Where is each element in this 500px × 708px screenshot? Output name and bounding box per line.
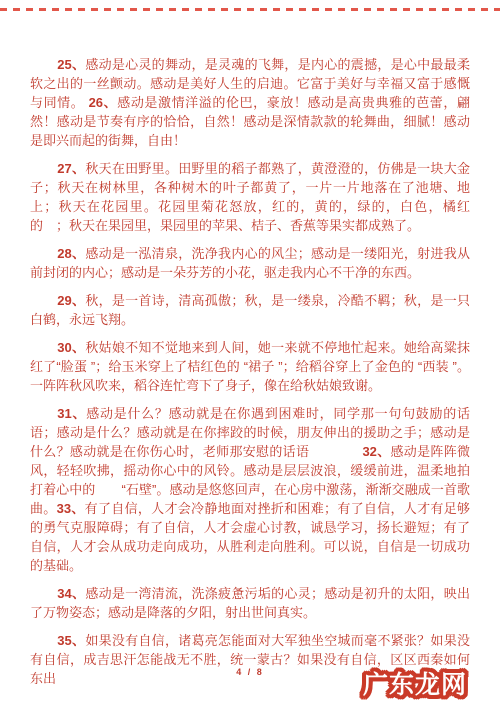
item-number: 28、 bbox=[57, 246, 85, 261]
dashed-cut-line bbox=[0, 8, 500, 11]
item-number: 33、 bbox=[57, 501, 85, 516]
paragraph-text: 秋姑娘不知不觉地来到人间，她一来就不停地忙起来。她给高粱抹红了“脸蛋 ”；给玉米… bbox=[30, 340, 470, 393]
paragraph-text: 秋天在田野里。田野里的稻子都熟了，黄澄澄的，仿佛是一块大金子；秋天在树林里，各种… bbox=[30, 161, 470, 233]
item-number: 25、 bbox=[57, 57, 85, 72]
text-content: 25、感动是心灵的舞动，是灵魂的飞舞，是内心的震撼，是心中最最柔软之出的一丝颤动… bbox=[30, 55, 470, 697]
paragraph-text: 有了自信，人才会冷静地面对挫折和困难；有了自信，人才有足够的勇气克服障碍；有了自… bbox=[30, 501, 470, 573]
item-number: 34、 bbox=[57, 586, 85, 601]
item-number: 31、 bbox=[57, 406, 86, 421]
paragraph-text: 感动是一湾清流，洗涤疲惫污垢的心灵；感动是初升的太阳，映出了万物姿态；感动是降落… bbox=[30, 586, 470, 620]
paragraph-29: 29、秋，是一首诗，清高孤傲；秋，是一缕泉，冷酷不羁；秋，是一只白鹤，永远飞翔。 bbox=[30, 291, 470, 329]
paragraph-text: 秋，是一首诗，清高孤傲；秋，是一缕泉，冷酷不羁；秋，是一只白鹤，永远飞翔。 bbox=[30, 293, 470, 327]
item-number: 26、 bbox=[89, 95, 118, 110]
item-number: 30、 bbox=[57, 340, 85, 355]
paragraph-25-26: 25、感动是心灵的舞动，是灵魂的飞舞，是内心的震撼，是心中最最柔软之出的一丝颤动… bbox=[30, 55, 470, 150]
paragraph-31-33: 31、感动是什么？感动就是在你遇到困难时，同学那一句句鼓励的话语；感动是什么？感… bbox=[30, 404, 470, 575]
paragraph-27: 27、秋天在田野里。田野里的稻子都熟了，黄澄澄的，仿佛是一块大金子；秋天在树林里… bbox=[30, 159, 470, 235]
item-number: 29、 bbox=[57, 293, 85, 308]
paragraph-text: 感动是一泓清泉，洗净我内心的风尘；感动是一缕阳光，射进我从前封闭的内心；感动是一… bbox=[30, 246, 470, 280]
item-number: 27、 bbox=[57, 161, 85, 176]
paragraph-30: 30、秋姑娘不知不觉地来到人间，她一来就不停地忙起来。她给高粱抹红了“脸蛋 ”；… bbox=[30, 338, 470, 395]
paragraph-28: 28、感动是一泓清泉，洗净我内心的风尘；感动是一缕阳光，射进我从前封闭的内心；感… bbox=[30, 244, 470, 282]
item-number: 35、 bbox=[57, 633, 85, 648]
item-number: 32、 bbox=[362, 444, 390, 459]
paragraph-34: 34、感动是一湾清流，洗涤疲惫污垢的心灵；感动是初升的太阳，映出了万物姿态；感动… bbox=[30, 584, 470, 622]
site-watermark: 广东龙网 bbox=[363, 665, 467, 701]
